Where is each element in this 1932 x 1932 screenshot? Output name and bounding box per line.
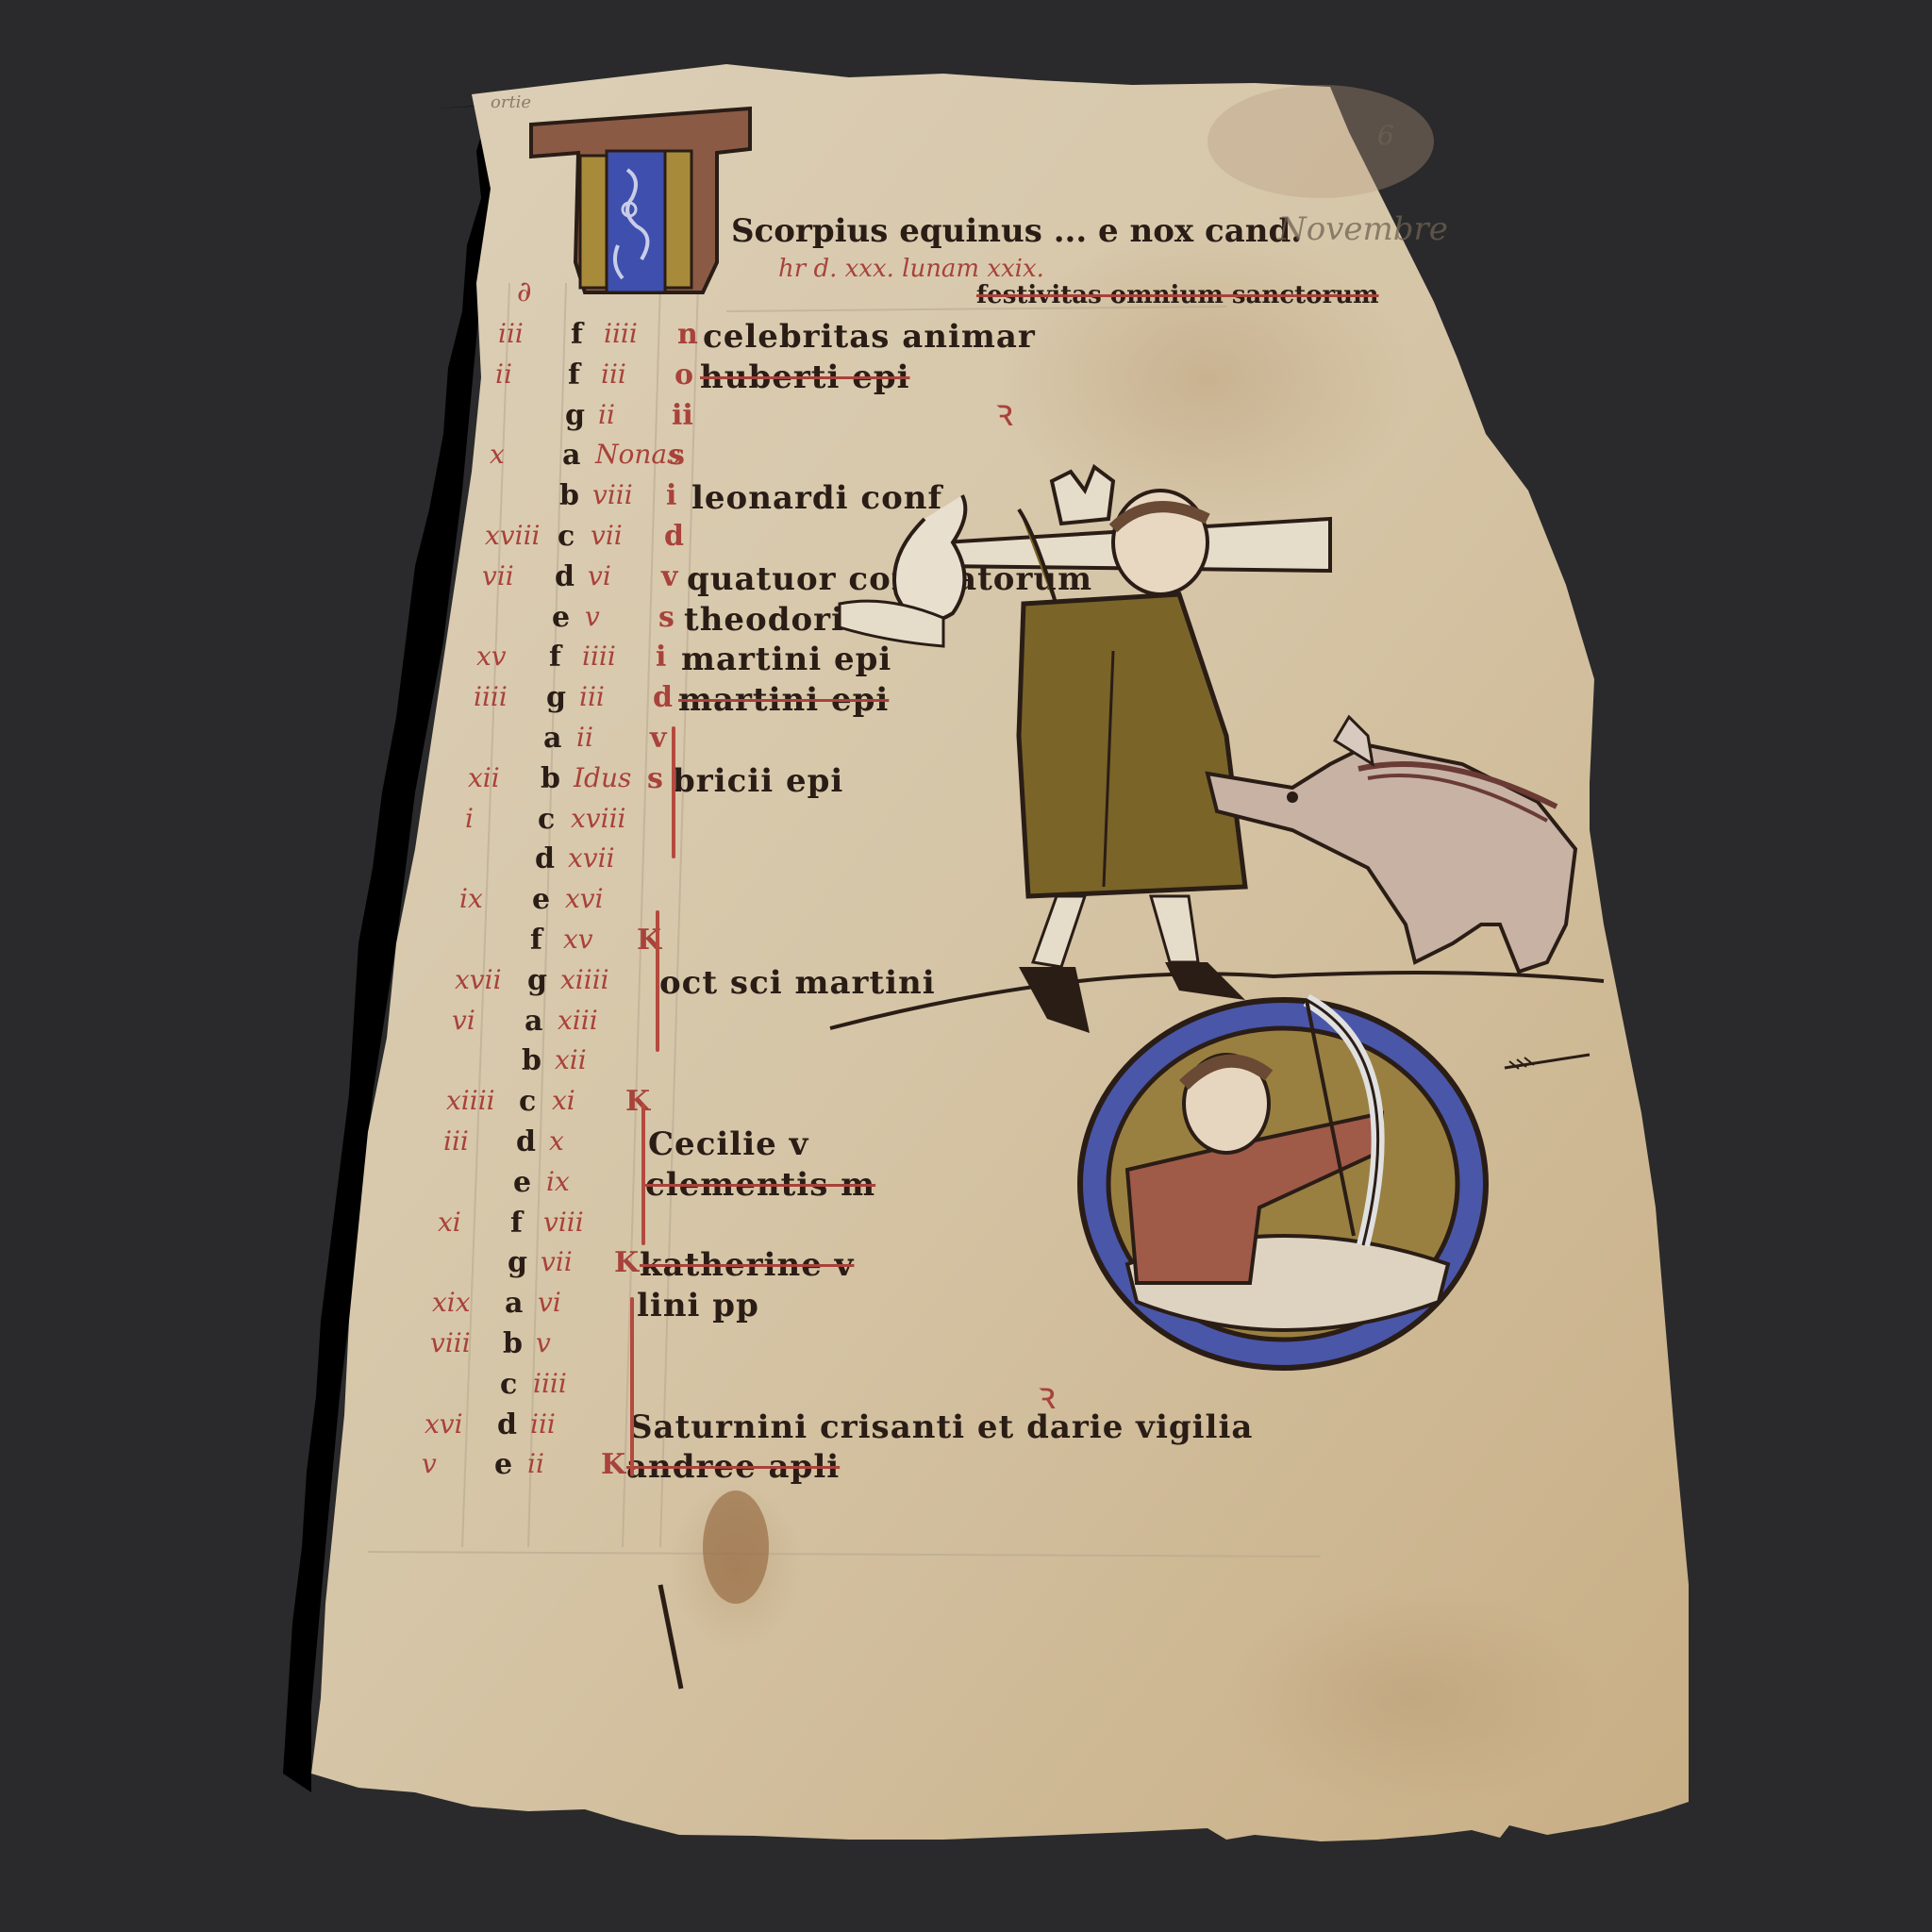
dominical-letter: f (549, 643, 561, 672)
roman-day: iii (579, 684, 605, 710)
feast-entry: huberti epi (700, 361, 910, 393)
illuminated-initial-n (524, 104, 769, 302)
dominical-letter: f (568, 361, 580, 390)
roman-day: ii (598, 402, 615, 428)
roman-day: xvi (565, 886, 604, 912)
dominical-letter: e (552, 604, 570, 632)
kalends-bracket (672, 726, 675, 858)
feast-entry: Cecilie v (648, 1128, 808, 1160)
golden-number: xvi (425, 1411, 463, 1438)
struck-heading: festivitas omnium sanctorum (976, 283, 1379, 308)
roman-day: vii (591, 523, 623, 549)
dominical-letter: c (519, 1088, 536, 1116)
roman-day: viii (592, 482, 633, 508)
dominical-letter: b (559, 482, 579, 510)
golden-number: xix (432, 1290, 471, 1316)
kalends-mark: v (661, 563, 677, 591)
roman-day: vii (541, 1249, 573, 1275)
kalends-mark: K (601, 1451, 625, 1479)
roman-day: ii (527, 1451, 544, 1477)
golden-number: ii (495, 361, 512, 388)
kalends-mark: s (658, 604, 675, 632)
dominical-letter: a (505, 1290, 523, 1318)
dominical-letter: f (510, 1209, 523, 1238)
dominical-letter: d (497, 1411, 517, 1440)
kalends-mark: s (647, 765, 663, 793)
roman-day: xiii (558, 1008, 598, 1034)
roman-day: vi (588, 563, 611, 590)
dominical-letter: a (562, 441, 580, 470)
roman-day: vi (538, 1290, 561, 1316)
kalends-mark: i (666, 482, 676, 510)
kalends-mark: ii (672, 402, 693, 430)
dominical-letter: d (516, 1128, 536, 1157)
month-name: Novembre (1278, 213, 1448, 245)
feast-entry: clementis m (645, 1169, 875, 1201)
roman-day: iii (530, 1411, 556, 1438)
feast-entry: Saturnini crisanti et darie vigilia (629, 1411, 1253, 1443)
roman-day: xi (552, 1088, 575, 1114)
dominical-letter: g (546, 684, 566, 712)
kalends-bracket (641, 1104, 645, 1245)
dominical-letter: a (525, 1008, 542, 1036)
kalends-mark: i (656, 643, 666, 672)
roman-day: iiii (604, 321, 638, 347)
kalends-bracket (630, 1297, 634, 1476)
kalends-bracket (656, 910, 659, 1052)
feast-entry: andree apli (626, 1451, 840, 1483)
dominical-letter: c (500, 1371, 517, 1399)
golden-number: ix (459, 886, 483, 912)
dominical-letter: b (503, 1330, 523, 1358)
labor-of-month-illustration (802, 453, 1651, 1057)
kalends-mark: K (614, 1249, 639, 1277)
feast-entry: lini pp (637, 1290, 759, 1322)
dominical-letter: c (538, 806, 555, 834)
dominical-letter: g (508, 1249, 527, 1277)
dominical-letter: b (541, 765, 560, 793)
dominical-letter: g (527, 967, 547, 995)
feast-entry: katherine v (640, 1249, 854, 1281)
roman-day: v (585, 604, 600, 630)
red-subline: hr d. xxx. lunam xxix. (778, 257, 1044, 281)
roman-day: ix (546, 1169, 570, 1195)
roman-day: xv (563, 926, 593, 953)
kalends-mark: d (653, 684, 673, 712)
roman-day: xviii (571, 806, 625, 832)
dominical-letter: d (555, 563, 575, 591)
roman-day: iiii (533, 1371, 567, 1397)
roman-day: ii (576, 724, 593, 751)
golden-number: iii (443, 1128, 469, 1155)
kalends-mark: n (677, 321, 698, 349)
kalends-mark: v (650, 724, 666, 753)
roman-day: xvii (568, 845, 615, 872)
kalends-mark: o (675, 361, 693, 390)
red-flourish-mark: ꝛ (1038, 1377, 1056, 1415)
golden-number: xi (438, 1209, 461, 1236)
golden-number: iii (498, 321, 524, 347)
dominical-letter: g (565, 402, 585, 430)
roman-day: xiiii (560, 967, 609, 993)
dominical-letter: e (513, 1169, 531, 1197)
dominical-letter: f (530, 926, 542, 955)
initial-small-d: ∂ (517, 278, 532, 307)
golden-number: viii (430, 1330, 471, 1357)
roman-day: x (549, 1128, 564, 1155)
dominical-letter: d (535, 845, 555, 874)
dominical-letter: a (543, 724, 561, 753)
golden-number: xv (476, 643, 507, 670)
golden-number: v (422, 1451, 437, 1477)
roman-day: iiii (582, 643, 616, 670)
dominical-letter: e (494, 1451, 512, 1479)
kalends-mark: s (669, 441, 685, 470)
golden-number: x (490, 441, 505, 468)
golden-number: i (465, 806, 474, 832)
roman-day: xii (555, 1047, 587, 1074)
golden-number: iiii (474, 684, 508, 710)
golden-number: xviii (485, 523, 540, 549)
heading-line: Scorpius equinus ... e nox cand. (731, 215, 1302, 247)
roman-day: v (536, 1330, 551, 1357)
folio-number: 6 (1377, 123, 1394, 149)
manuscript-scene: ortie 6 ∂ Scorpius equinus ... e nox can… (0, 0, 1932, 1932)
dominical-letter: c (558, 523, 575, 551)
roman-day: Nonas (595, 441, 680, 468)
golden-number: vi (452, 1008, 475, 1034)
kalends-mark: d (664, 523, 684, 551)
golden-number: xiiii (446, 1088, 495, 1114)
feast-entry: celebritas animar (703, 321, 1036, 353)
kalends-mark: K (625, 1088, 650, 1116)
golden-number: xii (468, 765, 500, 791)
zodiac-roundel-sagittarius (1071, 981, 1514, 1377)
roman-day: viii (543, 1209, 584, 1236)
dominical-letter: f (571, 321, 583, 349)
red-flourish-mark: ꝛ (995, 394, 1013, 432)
arrow-drawing (1500, 1047, 1594, 1075)
golden-number: vii (482, 563, 514, 590)
golden-number: xvii (455, 967, 502, 993)
dominical-letter: b (522, 1047, 541, 1075)
dominical-letter: e (532, 886, 550, 914)
boar-drawing (1207, 717, 1575, 972)
roman-day: iii (601, 361, 626, 388)
roman-day: Idus (574, 765, 631, 791)
